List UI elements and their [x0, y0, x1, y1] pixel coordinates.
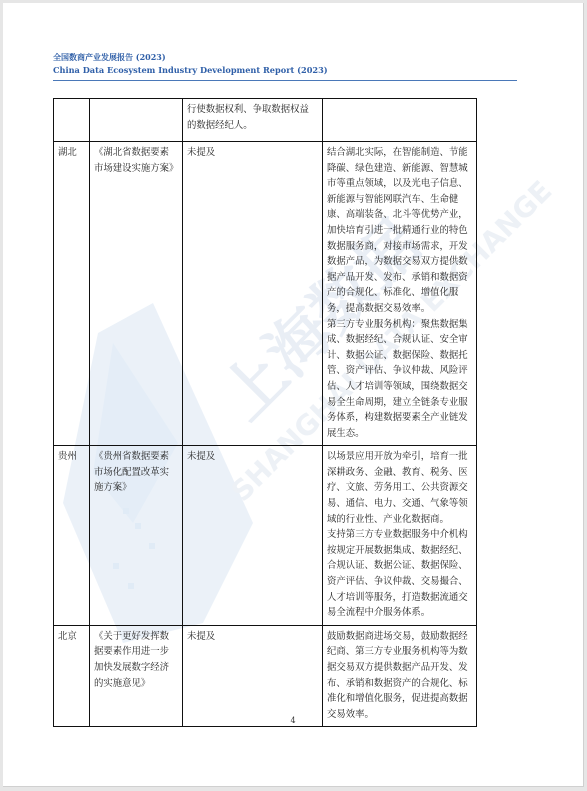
description-cell [323, 99, 477, 142]
table-row: 湖北《湖北省数据要素市场建设实施方案》未提及结合湖北实际，在智能制造、节能降碳、… [54, 142, 516, 446]
description-paragraph: 支持第三方专业数据服务中介机构按规定开展数据集成、数据经纪、合规认证、数据公证、… [327, 527, 472, 621]
page-number: 4 [3, 716, 583, 725]
description-cell: 结合湖北实际，在智能制造、节能降碳、绿色建造、新能源、智慧城市等重点领域，以及光… [323, 142, 477, 446]
header-divider [53, 80, 517, 81]
description-paragraph: 鼓励数据商进场交易，鼓励数据经纪商、第三方专业服务机构等为数据交易双方提供数据产… [327, 629, 472, 723]
document-page: 上海数据 SHANGHAI DATA EXCHANGE 全国数商产业发展报告 (… [3, 3, 584, 787]
policy-title-cell [90, 99, 183, 142]
policy-table: 行使数据权利、争取数据权益的数据经纪人。湖北《湖北省数据要素市场建设实施方案》未… [53, 98, 516, 727]
policy-title-cell: 《湖北省数据要素市场建设实施方案》 [90, 142, 183, 446]
description-cell: 以场景应用开放为牵引，培育一批深耕政务、金融、教育、税务、医疗、文旅、劳务用工、… [323, 446, 477, 626]
region-cell: 北京 [54, 625, 90, 727]
description-paragraph: 第三方专业服务机构：聚焦数据集成、数据经纪、合规认证、安全审计、数据公证、数据保… [327, 317, 472, 442]
mention-cell: 未提及 [183, 446, 323, 626]
page-header: 全国数商产业发展报告 (2023) China Data Ecosystem I… [53, 51, 516, 77]
region-cell: 湖北 [54, 142, 90, 446]
table-row: 贵州《贵州省数据要素市场化配置改革实施方案》未提及以场景应用开放为牵引，培育一批… [54, 446, 516, 626]
table-row: 北京《关于更好发挥数据要素作用进一步加快发展数字经济的实施意见》未提及鼓励数据商… [54, 625, 516, 727]
table-row: 行使数据权利、争取数据权益的数据经纪人。 [54, 99, 516, 142]
header-title-en: China Data Ecosystem Industry Developmen… [53, 64, 516, 77]
region-cell: 贵州 [54, 446, 90, 626]
header-title-cn: 全国数商产业发展报告 (2023) [53, 51, 516, 64]
mention-cell: 未提及 [183, 142, 323, 446]
policy-table-body: 行使数据权利、争取数据权益的数据经纪人。湖北《湖北省数据要素市场建设实施方案》未… [54, 99, 516, 727]
mention-cell: 行使数据权利、争取数据权益的数据经纪人。 [183, 99, 323, 142]
description-paragraph: 以场景应用开放为牵引，培育一批深耕政务、金融、教育、税务、医疗、文旅、劳务用工、… [327, 449, 472, 527]
description-paragraph: 结合湖北实际，在智能制造、节能降碳、绿色建造、新能源、智慧城市等重点领域，以及光… [327, 145, 472, 317]
description-cell: 鼓励数据商进场交易，鼓励数据经纪商、第三方专业服务机构等为数据交易双方提供数据产… [323, 625, 477, 727]
policy-title-cell: 《贵州省数据要素市场化配置改革实施方案》 [90, 446, 183, 626]
policy-title-cell: 《关于更好发挥数据要素作用进一步加快发展数字经济的实施意见》 [90, 625, 183, 727]
mention-cell: 未提及 [183, 625, 323, 727]
region-cell [54, 99, 90, 142]
